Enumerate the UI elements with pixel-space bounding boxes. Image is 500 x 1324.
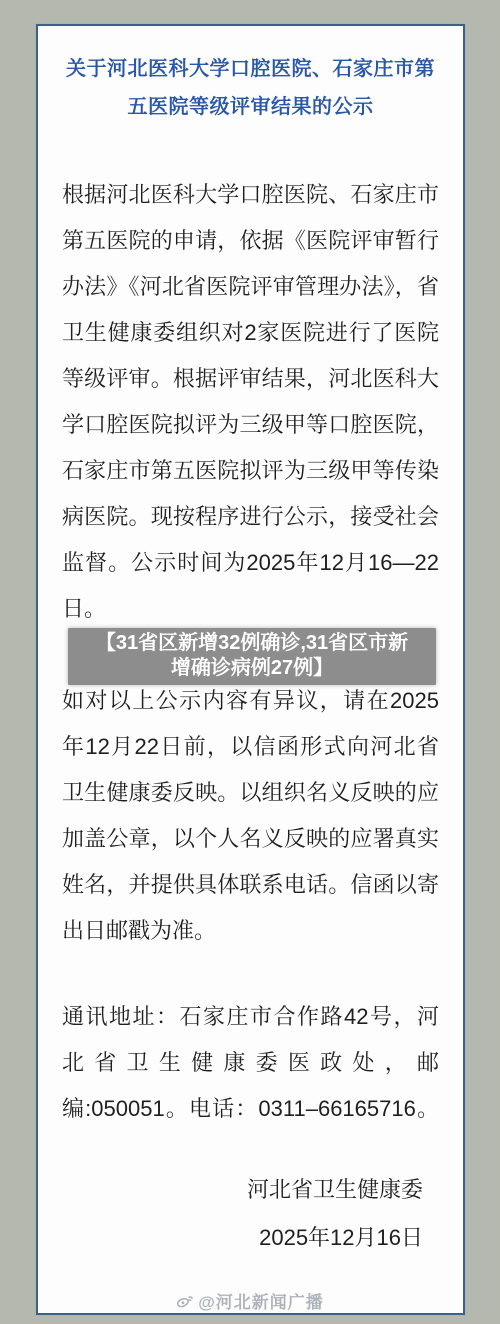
notice-title-line-1: 关于河北医科大学口腔医院、石家庄市第: [62, 50, 439, 88]
paragraph-contact-address: 通讯地址：石家庄市合作路42号，河 北省卫生健康委医政处，邮 编:050051。…: [62, 994, 439, 1132]
overlay-caption-line-2: 增确诊病例27例】: [70, 656, 434, 681]
signature-block: 河北省卫生健康委 2025年12月16日: [62, 1166, 439, 1262]
watermark-handle: @河北新闻广播: [198, 1293, 324, 1312]
page-background: { "document": { "title_line1": "关于河北医科大学…: [0, 0, 500, 1324]
paragraph-objection-instructions: 如对以上公示内容有异议，请在2025年12月22日前，以信函形式向河北省卫生健康…: [62, 678, 439, 954]
overlay-caption: 【31省区新增32例确诊,31省区市新 增确诊病例27例】: [68, 628, 436, 685]
notice-title-line-2: 五医院等级评审结果的公示: [62, 88, 439, 126]
paragraph-evaluation-result: 根据河北医科大学口腔医院、石家庄市第五医院的申请，依据《医院评审暂行办法》《河北…: [62, 172, 439, 632]
overlay-caption-line-1: 【31省区新增32例确诊,31省区市新: [70, 631, 434, 656]
signature-date: 2025年12月16日: [62, 1214, 423, 1262]
signature-organization: 河北省卫生健康委: [62, 1166, 423, 1214]
watermark: @河北新闻广播: [0, 1288, 500, 1313]
weibo-megaphone-icon: [176, 1293, 194, 1311]
notice-title: 关于河北医科大学口腔医院、石家庄市第 五医院等级评审结果的公示: [62, 50, 439, 126]
